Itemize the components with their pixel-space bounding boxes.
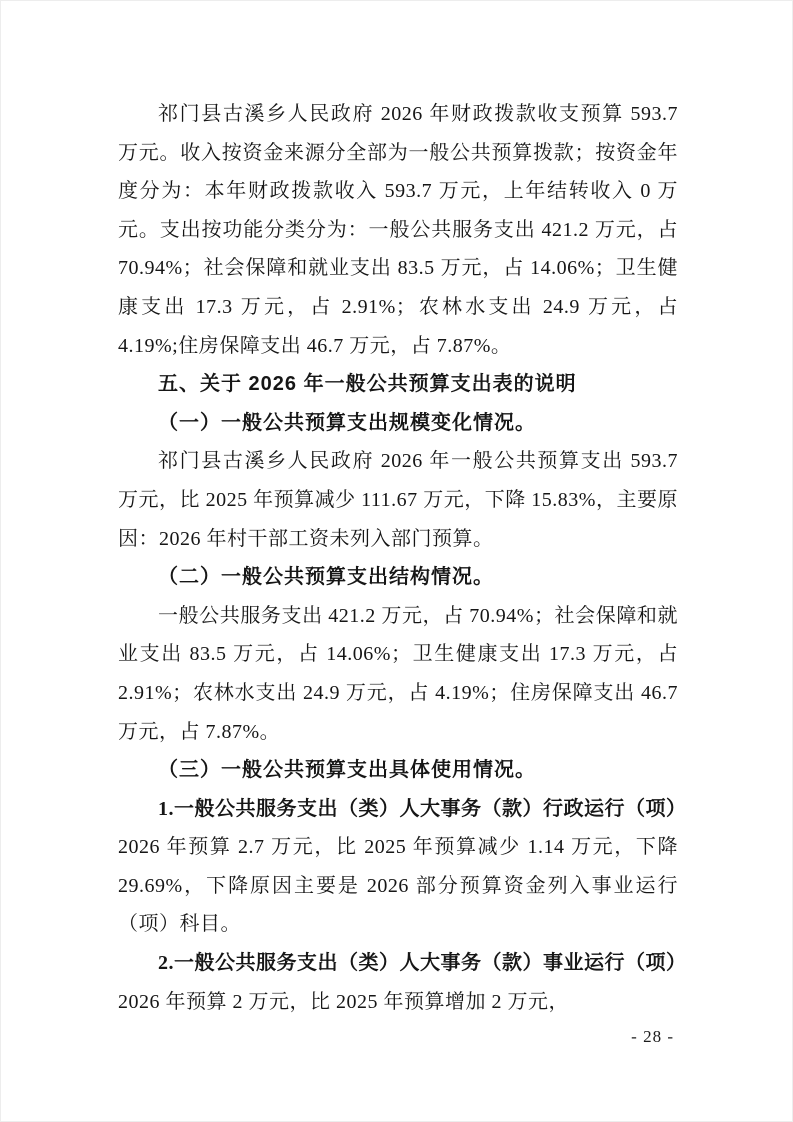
section-heading: （三）一般公共预算支出具体使用情况。 bbox=[118, 751, 678, 790]
paragraph: 2.一般公共服务支出（类）人大事务（款）事业运行（项）2026 年预算 2 万元… bbox=[118, 944, 678, 1021]
document-body: 祁门县古溪乡人民政府 2026 年财政拨款收支预算 593.7 万元。收入按资金… bbox=[118, 95, 678, 1021]
section-heading: （二）一般公共预算支出结构情况。 bbox=[118, 558, 678, 597]
item-heading: 2.一般公共服务支出（类）人大事务（款）事业运行（项） bbox=[158, 952, 687, 974]
item-heading: 1.一般公共服务支出（类）人大事务（款）行政运行（项） bbox=[158, 798, 687, 820]
section-heading: （一）一般公共预算支出规模变化情况。 bbox=[118, 404, 678, 443]
document-page: 祁门县古溪乡人民政府 2026 年财政拨款收支预算 593.7 万元。收入按资金… bbox=[0, 0, 793, 1122]
page-number: - 28 - bbox=[631, 1027, 674, 1047]
section-heading: 五、关于 2026 年一般公共预算支出表的说明 bbox=[118, 365, 678, 404]
item-text: 2026 年预算 2.7 万元，比 2025 年预算减少 1.14 万元，下降 … bbox=[118, 836, 678, 935]
paragraph: 祁门县古溪乡人民政府 2026 年一般公共预算支出 593.7 万元，比 202… bbox=[118, 442, 678, 558]
paragraph: 1.一般公共服务支出（类）人大事务（款）行政运行（项）2026 年预算 2.7 … bbox=[118, 790, 678, 944]
paragraph: 祁门县古溪乡人民政府 2026 年财政拨款收支预算 593.7 万元。收入按资金… bbox=[118, 95, 678, 365]
item-text: 2026 年预算 2 万元，比 2025 年预算增加 2 万元， bbox=[118, 991, 569, 1013]
paragraph: 一般公共服务支出 421.2 万元，占 70.94%；社会保障和就业支出 83.… bbox=[118, 597, 678, 751]
